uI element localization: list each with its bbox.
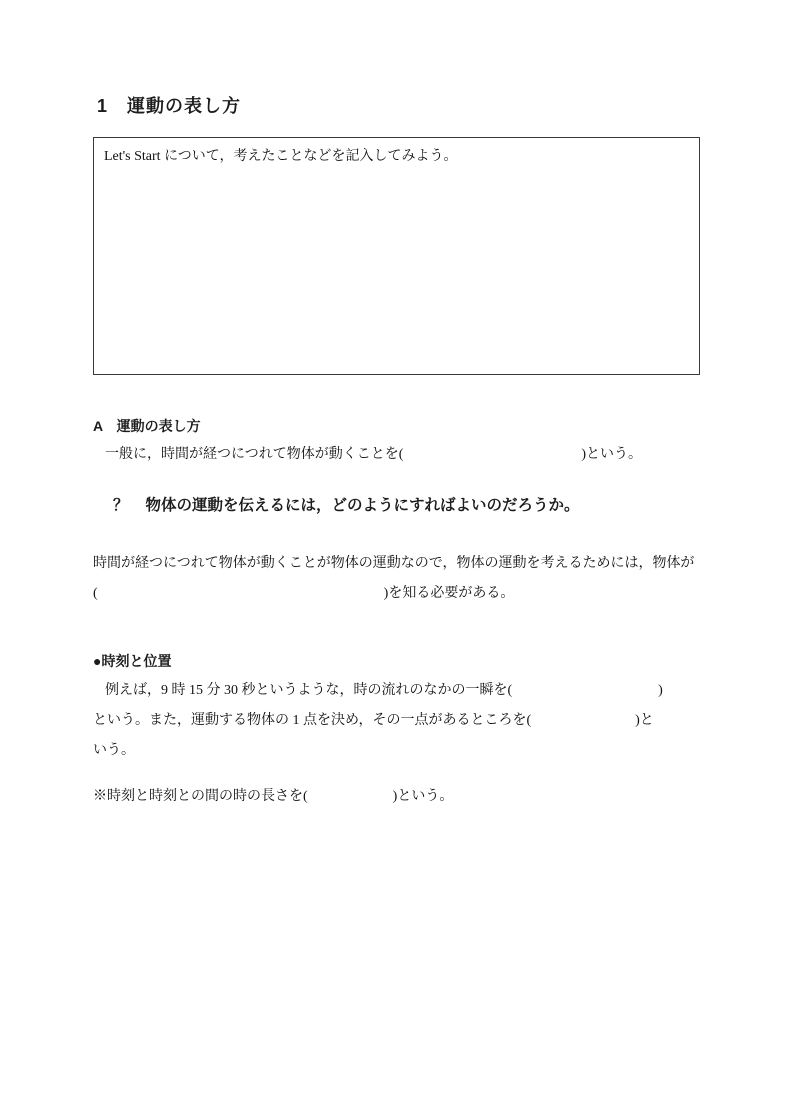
time-position-line3: いう。 <box>93 736 663 766</box>
note-post: )という。 <box>393 789 454 804</box>
note-pre: ※時刻と時刻との間の時の長さを( <box>93 789 308 804</box>
time-position-line1: 例えば，9 時 15 分 30 秒というような，時の流れのなかの一瞬を() <box>93 676 663 706</box>
explanation-line1: 時間が経つにつれて物体が動くことが物体の運動なので，物体の運動を考えるためには，… <box>93 549 694 579</box>
answer-blank <box>403 456 581 458</box>
time-position-line2: という。また，運動する物体の 1 点を決め，その一点があるところを()と <box>93 706 663 736</box>
explanation-line2-post: )を知る必要がある。 <box>384 586 515 601</box>
time-position-paragraph: 例えば，9 時 15 分 30 秒というような，時の流れのなかの一瞬を() とい… <box>93 676 663 766</box>
time-position-heading: ●時刻と位置 <box>93 651 171 671</box>
worksheet-page: 1 運動の表し方 Let's Start について，考えたことなどを記入してみよ… <box>0 0 790 1118</box>
answer-blank <box>512 692 658 694</box>
lets-start-answer-box: Let's Start について，考えたことなどを記入してみよう。 <box>93 137 700 375</box>
sentence-post: )という。 <box>581 447 642 462</box>
answer-blank <box>308 798 393 800</box>
time-position-line2-pre: という。また，運動する物体の 1 点を決め，その一点があるところを( <box>93 713 531 728</box>
explanation-line2-pre: ( <box>93 586 98 601</box>
section-a-sentence: 一般に，時間が経つにつれて物体が動くことを()という。 <box>93 443 642 463</box>
answer-blank <box>98 595 384 597</box>
time-position-line1-post: ) <box>658 683 663 698</box>
time-position-line2-post: )と <box>635 713 654 728</box>
explanation-paragraph: 時間が経つにつれて物体が動くことが物体の運動なので，物体の運動を考えるためには，… <box>93 549 694 609</box>
lets-start-prompt: Let's Start について，考えたことなどを記入してみよう。 <box>94 138 699 172</box>
question-row: ？物体の運動を伝えるには，どのようにすればよいのだろうか。 <box>113 493 580 515</box>
note-line: ※時刻と時刻との間の時の長さを()という。 <box>93 785 453 805</box>
explanation-line2: ()を知る必要がある。 <box>93 579 694 609</box>
time-position-line1-pre: 例えば，9 時 15 分 30 秒というような，時の流れのなかの一瞬を( <box>105 683 512 698</box>
sentence-pre: 一般に，時間が経つにつれて物体が動くことを( <box>105 447 403 462</box>
page-title: 1 運動の表し方 <box>97 92 241 118</box>
question-text: 物体の運動を伝えるには，どのようにすればよいのだろうか。 <box>146 497 580 514</box>
question-mark: ？ <box>113 493 129 515</box>
section-a-heading: A 運動の表し方 <box>93 416 201 436</box>
answer-blank <box>531 722 635 724</box>
